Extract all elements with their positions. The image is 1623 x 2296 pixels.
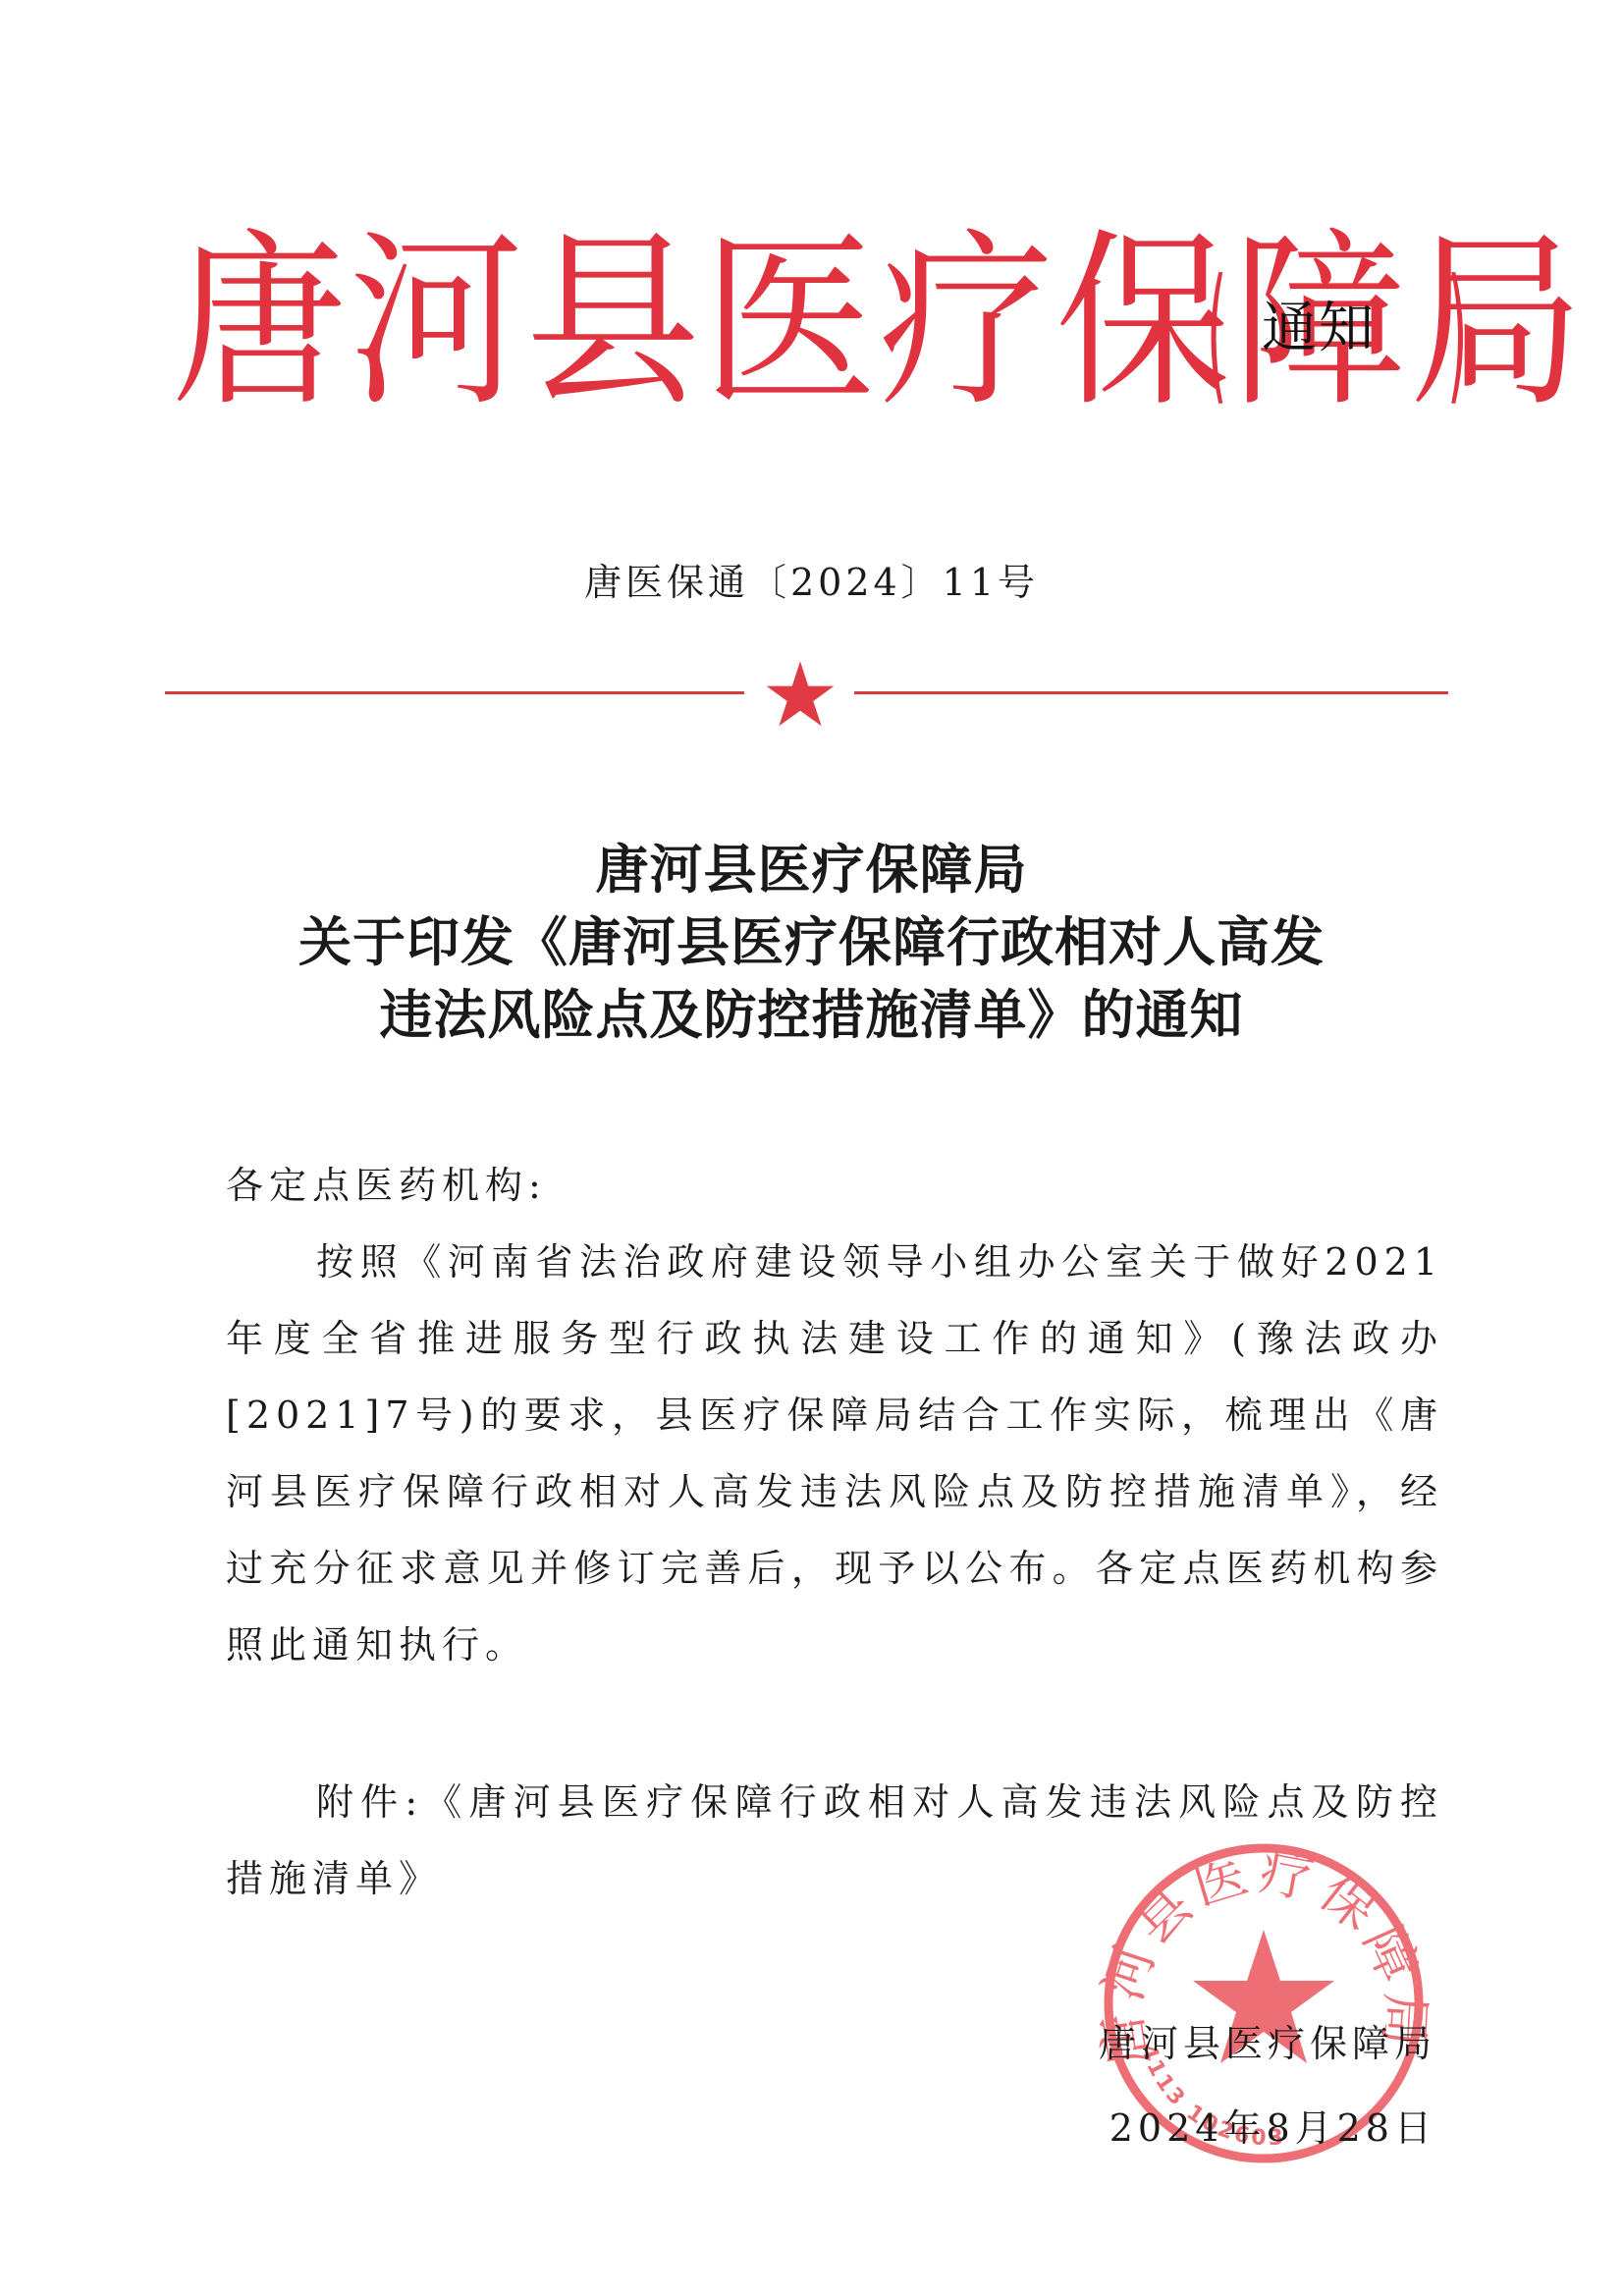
body-paragraph: 按照《河南省法治政府建设领导小组办公室关于做好2021年度全省推进服务型行政执法… <box>226 1224 1443 1683</box>
signature-date: 2024年8月28日 <box>1099 2086 1436 2170</box>
signature-block: 唐河县医疗保障局 2024年8月28日 <box>1099 2001 1436 2170</box>
salutation: 各定点医药机构: <box>226 1147 1443 1224</box>
masthead-doc-type: 通知 <box>1262 285 1376 373</box>
title-line-2: 关于印发《唐河县医疗保障行政相对人高发 <box>0 905 1623 978</box>
divider-line-right <box>854 691 1448 694</box>
signature-organization: 唐河县医疗保障局 <box>1099 2001 1436 2086</box>
document-number: 唐医保通〔2024〕11号 <box>0 552 1623 606</box>
masthead-paren-open: ( <box>1207 246 1226 422</box>
star-icon <box>766 660 835 729</box>
title-line-3: 违法风险点及防控措施清单》的通知 <box>0 978 1623 1051</box>
document-title: 唐河县医疗保障局 关于印发《唐河县医疗保障行政相对人高发 违法风险点及防控措施清… <box>0 833 1623 1051</box>
divider-line-left <box>165 691 744 694</box>
masthead-paren-close: ) <box>1447 246 1467 422</box>
title-line-1: 唐河县医疗保障局 <box>0 833 1623 905</box>
masthead: 唐河县医疗保障局 ( 通知 ) <box>172 211 1478 417</box>
